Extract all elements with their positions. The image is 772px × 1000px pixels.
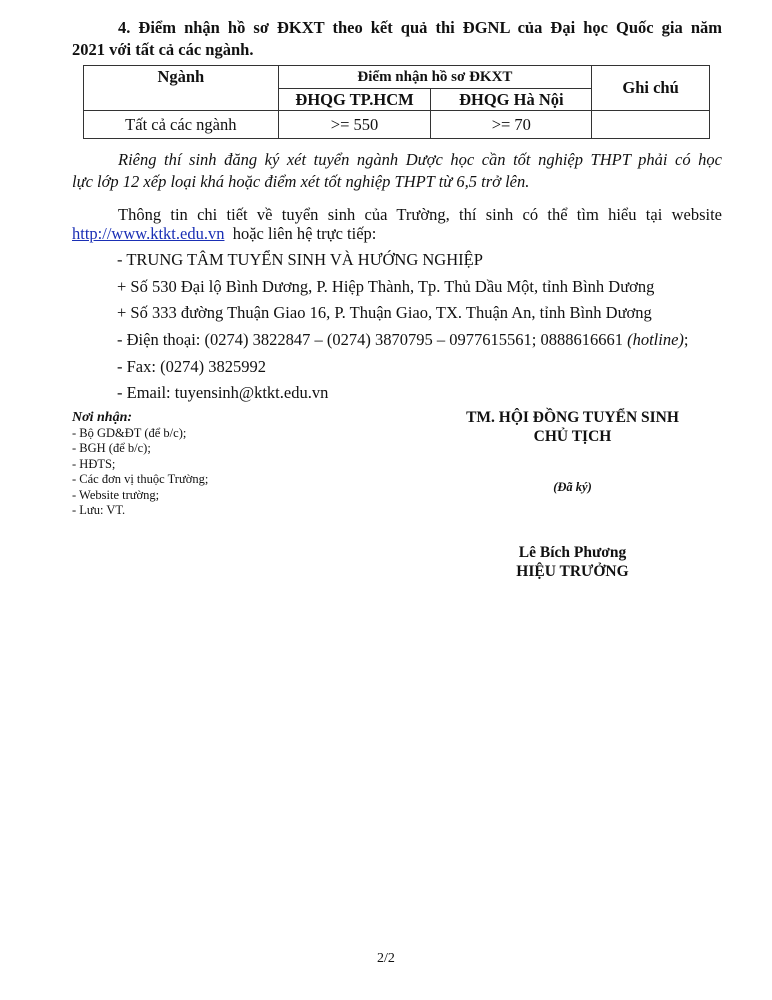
recipients-title: Nơi nhận: bbox=[72, 410, 208, 426]
hotline-label: (hotline) bbox=[627, 330, 684, 349]
table-row: Tất cả các ngành >= 550 >= 70 bbox=[84, 111, 710, 139]
contact-fax: - Fax: (0274) 3825992 bbox=[117, 357, 266, 377]
header-ghi-chu: Ghi chú bbox=[592, 66, 710, 111]
header-dhqg-hanoi: ĐHQG Hà Nội bbox=[431, 89, 592, 111]
recipient-item: - Các đơn vị thuộc Trường; bbox=[72, 472, 208, 488]
header-diem-nhan: Điểm nhận hồ sơ ĐKXT bbox=[278, 66, 592, 89]
website-link[interactable]: http://www.ktkt.edu.vn bbox=[72, 224, 224, 243]
phone-suffix: ; bbox=[684, 330, 689, 349]
header-dhqg-hcm: ĐHQG TP.HCM bbox=[278, 89, 431, 111]
signature-title: HIỆU TRƯỞNG bbox=[440, 563, 705, 581]
contact-intro-line1: Thông tin chi tiết về tuyển sinh của Trư… bbox=[72, 205, 722, 225]
contact-address-2: + Số 333 đường Thuận Giao 16, P. Thuận G… bbox=[117, 303, 652, 323]
cell-nganh: Tất cả các ngành bbox=[84, 111, 279, 139]
phone-numbers: - Điện thoại: (0274) 3822847 – (0274) 38… bbox=[117, 330, 627, 349]
header-nganh: Ngành bbox=[84, 66, 279, 111]
recipient-item: - Lưu: VT. bbox=[72, 503, 208, 519]
signature-name: Lê Bích Phương bbox=[440, 544, 705, 562]
cell-hcm: >= 550 bbox=[278, 111, 431, 139]
recipient-item: - Bộ GD&ĐT (để b/c); bbox=[72, 426, 208, 442]
contact-phone: - Điện thoại: (0274) 3822847 – (0274) 38… bbox=[117, 330, 689, 350]
contact-email: - Email: tuyensinh@ktkt.edu.vn bbox=[117, 383, 328, 403]
recipient-item: - HĐTS; bbox=[72, 457, 208, 473]
note-line2: lực lớp 12 xếp loại khá hoặc điểm xét tố… bbox=[72, 172, 529, 192]
signature-role: CHỦ TỊCH bbox=[440, 428, 705, 446]
cell-hanoi: >= 70 bbox=[431, 111, 592, 139]
signature-org: TM. HỘI ĐỒNG TUYỂN SINH bbox=[440, 409, 705, 427]
contact-intro-rest: hoặc liên hệ trực tiếp: bbox=[233, 224, 377, 243]
page-number: 2/2 bbox=[0, 951, 772, 967]
recipient-item: - Website trường; bbox=[72, 488, 208, 504]
recipient-item: - BGH (để b/c); bbox=[72, 441, 208, 457]
score-table: Ngành Điểm nhận hồ sơ ĐKXT Ghi chú ĐHQG … bbox=[83, 65, 710, 139]
contact-intro-line2: http://www.ktkt.edu.vn hoặc liên hệ trực… bbox=[72, 224, 376, 244]
contact-center: - TRUNG TÂM TUYỂN SINH VÀ HƯỚNG NGHIỆP bbox=[117, 250, 483, 270]
cell-ghichu bbox=[592, 111, 710, 139]
signature-signed: (Đã ký) bbox=[440, 480, 705, 495]
note-line1: Riêng thí sinh đăng ký xét tuyển ngành D… bbox=[72, 150, 722, 170]
contact-address-1: + Số 530 Đại lộ Bình Dương, P. Hiệp Thàn… bbox=[117, 277, 654, 297]
section-heading-line1: 4. Điểm nhận hồ sơ ĐKXT theo kết quả thi… bbox=[72, 18, 722, 38]
section-heading-line2: 2021 với tất cả các ngành. bbox=[72, 40, 253, 60]
recipients-block: Nơi nhận: - Bộ GD&ĐT (để b/c); - BGH (để… bbox=[72, 410, 208, 519]
